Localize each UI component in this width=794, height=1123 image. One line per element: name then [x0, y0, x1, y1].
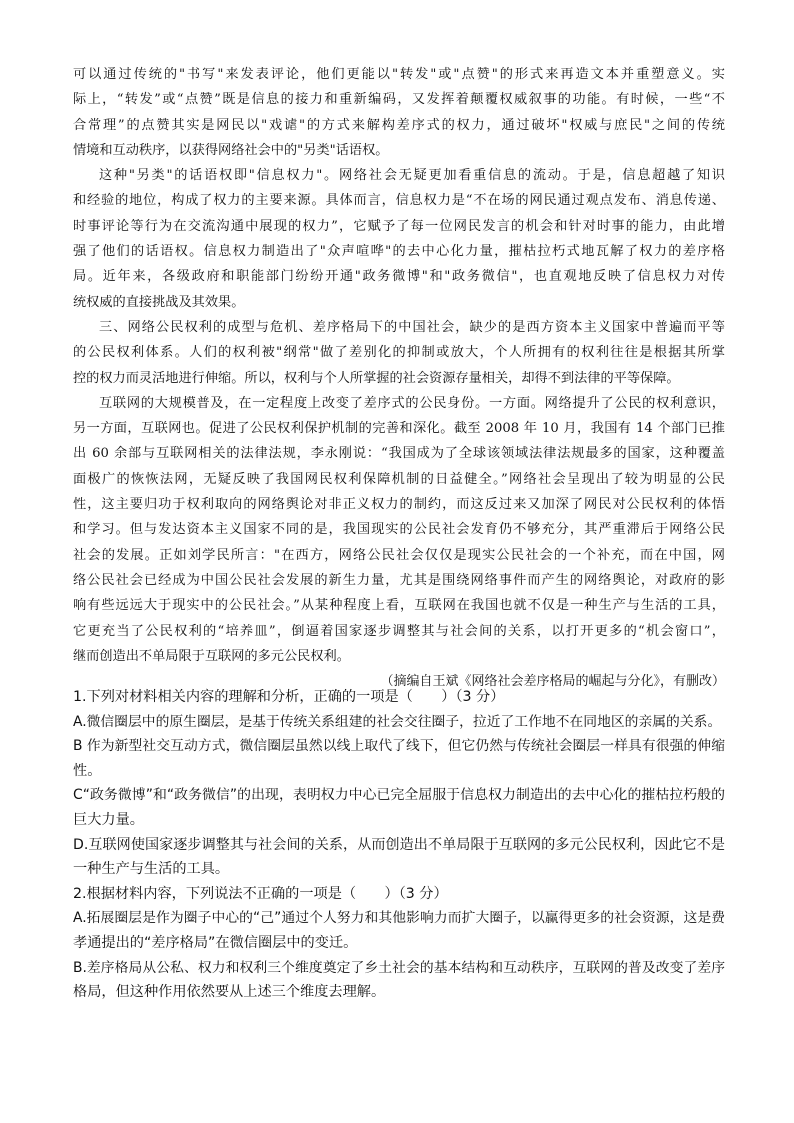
passage-line: 出 60 余部与互联网相关的法律法规，李永刚说：“我国成为了全球该领域法律法规最…	[73, 441, 725, 466]
questions-section: 1.下列对材料相关内容的理解和分析，正确的一项是（ ）（3 分） A.微信圈层中…	[73, 685, 725, 1005]
option-line: A.微信圈层中的原生圈层，是基于传统关系组建的社会交往圈子，拉近了工作地不在同地…	[73, 710, 725, 735]
option-b: B 作为新型社交互动方式，微信圈层虽然以线上取代了线下，但它仍然与传统社会圈层一…	[73, 734, 725, 783]
passage-line: 际上，“转发”或“点赞”既是信息的接力和重新编码，又发挥着颠覆权威叙事的功能。有…	[73, 87, 725, 112]
passage-line: 和学习。但与发达资本主义国家不同的是，我国现实的公民社会发育仍不够充分，其严重滞…	[73, 517, 725, 542]
passage-line: 情境和互动秩序，以获得网络社会中的"另类"话语权。	[73, 138, 725, 163]
option-line: D.互联网使国家逐步调整其与社会间的关系，从而创造出不单局限于互联网的多元公民权…	[73, 833, 725, 858]
passage-line: 时事评论等行为在交流沟通中展现的权力”，它赋予了每一位网民发言的机会和针对时事的…	[73, 214, 725, 239]
passage-line: 强了他们的话语权。信息权力制造出了"众声喧哗"的去中心化力量，摧枯拉朽式地瓦解了…	[73, 239, 725, 264]
option-line: B.差序格局从公私、权力和权利三个维度奠定了乡土社会的基本结构和互动秩序，互联网…	[73, 956, 725, 981]
document-page: 可以通过传统的"书写"来发表评论，他们更能以"转发"或"点赞"的形式来再造文本并…	[0, 0, 794, 1123]
question-stem: 1.下列对材料相关内容的理解和分析，正确的一项是（ ）（3 分）	[73, 685, 725, 710]
question-1: 1.下列对材料相关内容的理解和分析，正确的一项是（ ）（3 分） A.微信圈层中…	[73, 685, 725, 882]
option-line: 一种生产与生活的工具。	[73, 857, 725, 882]
passage-line: 性，这主要归功于权利取向的网络舆论对非正义权力的制约，而这反过来又加深了网民对公…	[73, 492, 725, 517]
option-line: A.拓展圈层是作为圈子中心的“己”通过个人努力和其他影响力而扩大圈子，以赢得更多…	[73, 906, 725, 931]
option-line: 格局，但这种作用依然要从上述三个维度去理解。	[73, 980, 725, 1005]
option-a: A.拓展圈层是作为圈子中心的“己”通过个人努力和其他影响力而扩大圈子，以赢得更多…	[73, 906, 725, 955]
option-line: B 作为新型社交互动方式，微信圈层虽然以线上取代了线下，但它仍然与传统社会圈层一…	[73, 734, 725, 759]
passage-line: 面极广的恢恢法网，无疑反映了我国网民权利保障机制的日益健全。”网络社会呈现出了较…	[73, 467, 725, 492]
passage-line: 这种"另类"的话语权即"信息权力"。网络社会无疑更加看重信息的流动。于是，信息超…	[73, 163, 725, 188]
passage-line: 响有些远远大于现实中的公民社会。”从某种程度上看，互联网在我国也就不仅是一种生产…	[73, 593, 725, 618]
option-line: C“政务微博”和“政务微信”的出现，表明权力中心已完全屈服于信息权力制造出的去中…	[73, 783, 725, 808]
passage-paragraph-4: 互联网的大规模普及，在一定程度上改变了差序式的公民身份。一方面。网络提升了公民的…	[73, 391, 725, 669]
passage-line: 它更充当了公民权利的“培养皿”，倒逼着国家逐步调整其与社会间的关系，以打开更多的…	[73, 619, 725, 644]
passage-paragraph-1: 可以通过传统的"书写"来发表评论，他们更能以"转发"或"点赞"的形式来再造文本并…	[73, 62, 725, 163]
passage-line: 合常理”的点赞其实是网民以"戏谑"的方式来解构差序式的权力，通过破坏"权威与庶民…	[73, 113, 725, 138]
option-b: B.差序格局从公私、权力和权利三个维度奠定了乡土社会的基本结构和互动秩序，互联网…	[73, 956, 725, 1005]
passage-line: 控的权力而灵活地进行伸缩。所以，权利与个人所掌握的社会资源存量相关，却得不到法律…	[73, 366, 725, 391]
passage-line: 三、网络公民权利的成型与危机、差序格局下的中国社会，缺少的是西方资本主义国家中普…	[73, 315, 725, 340]
reading-passage: 可以通过传统的"书写"来发表评论，他们更能以"转发"或"点赞"的形式来再造文本并…	[73, 62, 725, 694]
option-a: A.微信圈层中的原生圈层，是基于传统关系组建的社会交往圈子，拉近了工作地不在同地…	[73, 710, 725, 735]
passage-line: 社会的发展。正如刘学民所言："在西方，网络公民社会仅仅是现实公民社会的一个补充，…	[73, 543, 725, 568]
passage-line: 互联网的大规模普及，在一定程度上改变了差序式的公民身份。一方面。网络提升了公民的…	[73, 391, 725, 416]
question-stem: 2.根据材料内容，下列说法不正确的一项是（ ）（3 分）	[73, 882, 725, 907]
passage-line: 可以通过传统的"书写"来发表评论，他们更能以"转发"或"点赞"的形式来再造文本并…	[73, 62, 725, 87]
passage-line: 局。近年来，各级政府和职能部门纷纷开通"政务微博"和"政务微信"，也直观地反映了…	[73, 264, 725, 289]
option-line: 孝通提出的“差序格局”在微信圈层中的变迁。	[73, 931, 725, 956]
passage-line: 统权威的直接挑战及其效果。	[73, 290, 725, 315]
question-2: 2.根据材料内容，下列说法不正确的一项是（ ）（3 分） A.拓展圈层是作为圈子…	[73, 882, 725, 1005]
passage-line: 的公民权利体系。人们的权利被"纲常"做了差别化的抑制或放大，个人所拥有的权利往往…	[73, 340, 725, 365]
passage-paragraph-2: 这种"另类"的话语权即"信息权力"。网络社会无疑更加看重信息的流动。于是，信息超…	[73, 163, 725, 315]
option-c: C“政务微博”和“政务微信”的出现，表明权力中心已完全屈服于信息权力制造出的去中…	[73, 783, 725, 832]
passage-line: 和经验的地位，构成了权力的主要来源。具体而言，信息权力是“不在场的网民通过观点发…	[73, 188, 725, 213]
passage-line: 另一方面，互联网也。促进了公民权利保护机制的完善和深化。截至 2008 年 10…	[73, 416, 725, 441]
passage-paragraph-3: 三、网络公民权利的成型与危机、差序格局下的中国社会，缺少的是西方资本主义国家中普…	[73, 315, 725, 391]
passage-line: 络公民社会已经成为中国公民社会发展的新生力量，尤其是围绕网络事件而产生的网络舆论…	[73, 568, 725, 593]
passage-line: 继而创造出不单局限于互联网的多元公民权利。	[73, 644, 725, 669]
option-line: 巨大力量。	[73, 808, 725, 833]
option-line: 性。	[73, 759, 725, 784]
option-d: D.互联网使国家逐步调整其与社会间的关系，从而创造出不单局限于互联网的多元公民权…	[73, 833, 725, 882]
